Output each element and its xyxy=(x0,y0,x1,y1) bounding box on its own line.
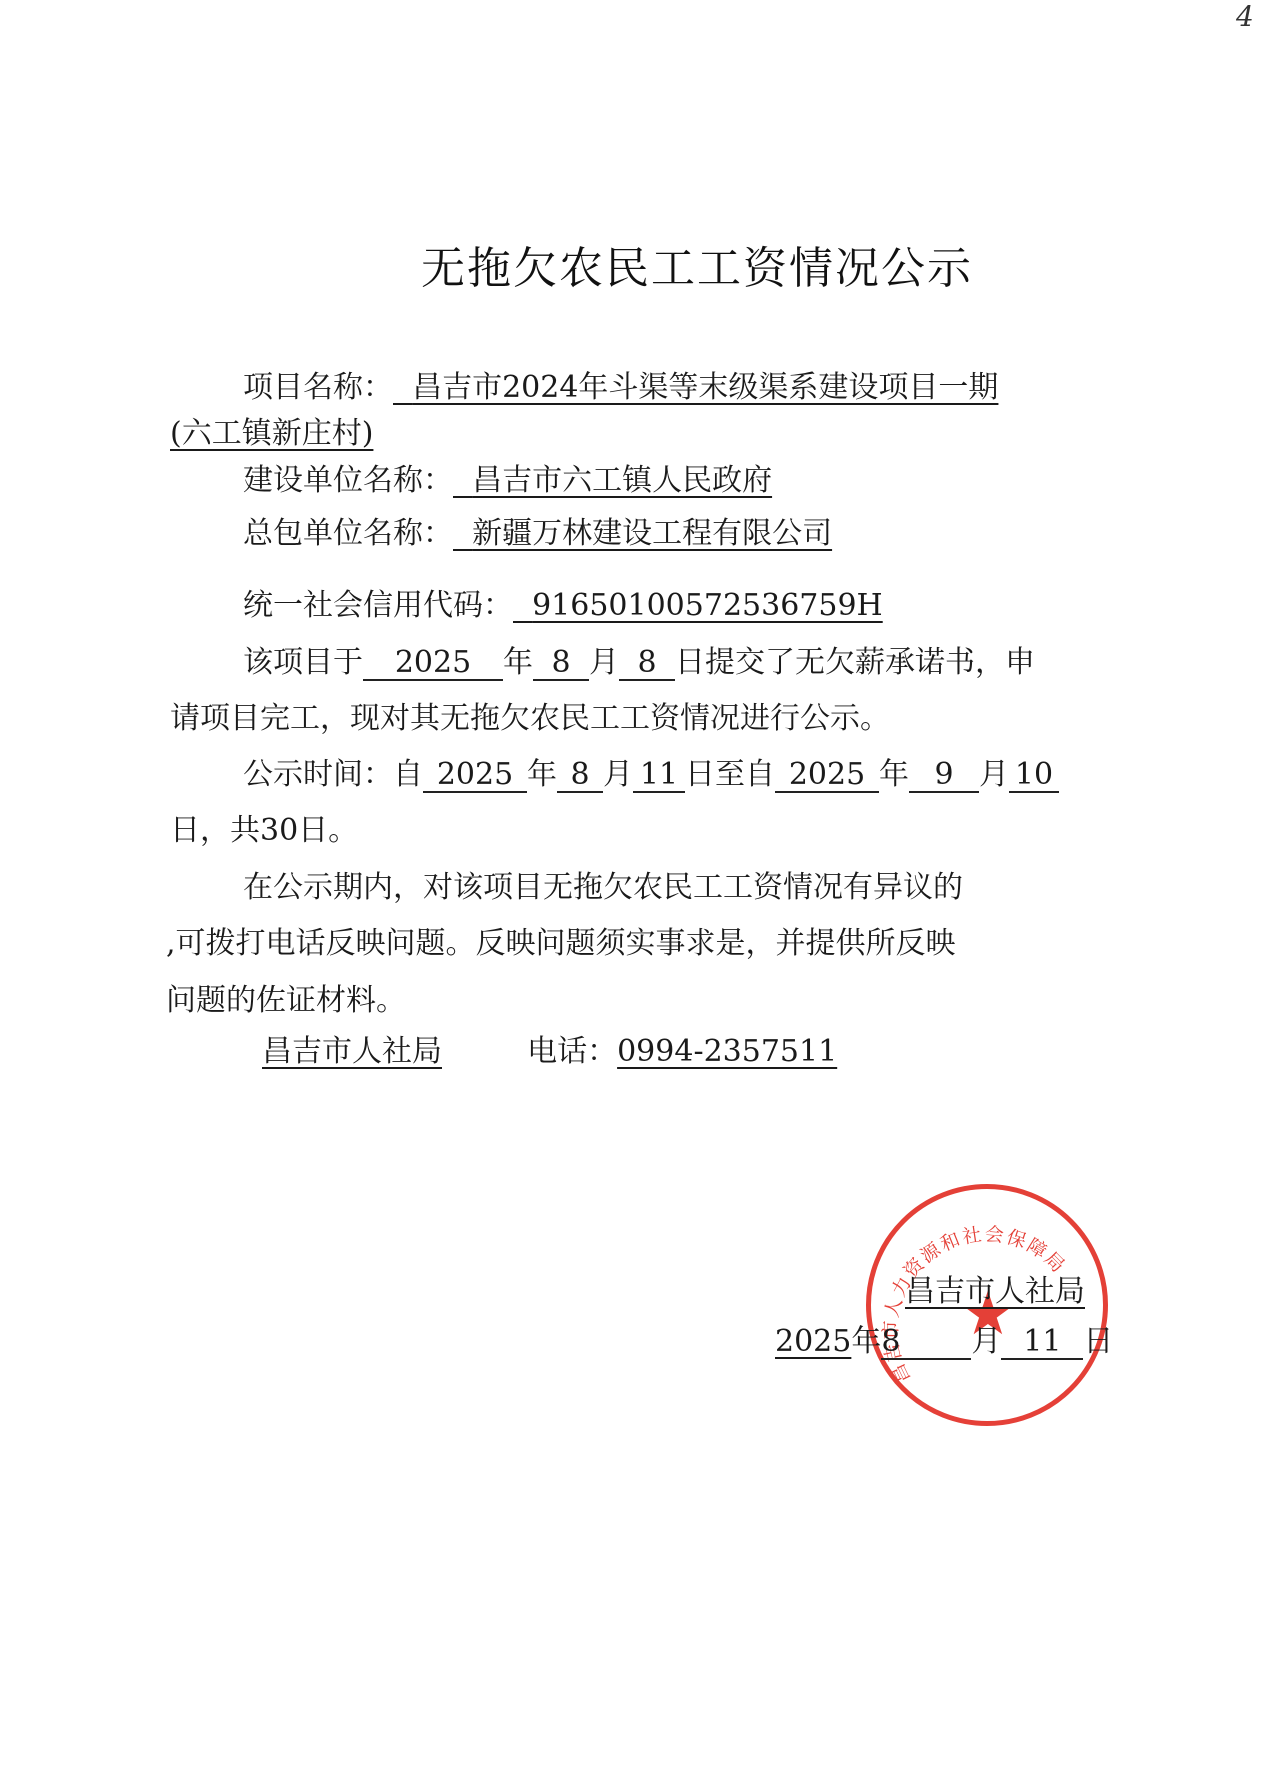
submission-row-2: 请项目完工，现对其无拖欠农民工工资情况进行公示。 xyxy=(170,693,890,737)
page-number: 4 xyxy=(1236,0,1254,33)
contact-row: 昌吉市人社局 电话：0994-2357511 xyxy=(262,1026,837,1070)
period-start-day: 11 xyxy=(633,758,685,793)
builder-row: 建设单位名称： 昌吉市六工镇人民政府 xyxy=(243,455,772,499)
contractor-row: 总包单位名称： 新疆万林建设工程有限公司 xyxy=(243,508,832,552)
document-title: 无拖欠农民工工资情况公示 xyxy=(0,232,1279,296)
project-name-row-2: (六工镇新庄村) xyxy=(170,408,373,452)
credit-code-value: 91650100572536759H xyxy=(513,588,883,623)
period-mid: 日至自 xyxy=(685,757,775,792)
signature-org: 昌吉市人社局 xyxy=(905,1266,1085,1310)
submission-day: 8 xyxy=(619,646,675,681)
period-end-year: 2025 xyxy=(775,758,879,793)
submission-suffix: 日提交了无欠薪承诺书，申 xyxy=(675,645,1035,680)
submission-month: 8 xyxy=(533,646,589,681)
project-name-label: 项目名称： xyxy=(243,370,393,405)
signature-month: 8 xyxy=(881,1325,971,1360)
month-unit: 月 xyxy=(979,757,1009,792)
contractor-label: 总包单位名称： xyxy=(243,516,453,551)
project-name-value: 昌吉市2024年斗渠等末级渠系建设项目一期 xyxy=(393,370,998,405)
phone-number[interactable]: 0994-2357511 xyxy=(617,1034,837,1069)
period-label: 公示时间：自 xyxy=(243,757,423,792)
submission-row: 该项目于2025年8月8日提交了无欠薪承诺书，申 xyxy=(243,637,1035,681)
submission-year: 2025 xyxy=(363,646,503,681)
year-unit: 年 xyxy=(503,645,533,680)
builder-label: 建设单位名称： xyxy=(243,463,453,498)
year-unit: 年 xyxy=(879,757,909,792)
signature-year: 2025 xyxy=(775,1324,851,1359)
year-unit: 年 xyxy=(851,1324,881,1359)
builder-value: 昌吉市六工镇人民政府 xyxy=(453,463,772,498)
month-unit: 月 xyxy=(603,757,633,792)
year-unit: 年 xyxy=(527,757,557,792)
notice-line-3: 问题的佐证材料。 xyxy=(166,975,406,1019)
period-start-year: 2025 xyxy=(423,758,527,793)
notice-line-1: 在公示期内，对该项目无拖欠农民工工资情况有异议的 xyxy=(243,862,963,906)
notice-line-2: ,可拨打电话反映问题。反映问题须实事求是，并提供所反映 xyxy=(166,918,956,962)
period-row: 公示时间：自2025年8月11日至自2025年9月10 xyxy=(243,749,1059,793)
period-start-month: 8 xyxy=(557,758,603,793)
period-row-2: 日，共30日。 xyxy=(170,805,358,849)
contact-org: 昌吉市人社局 xyxy=(262,1034,442,1069)
phone-label: 电话： xyxy=(527,1034,617,1069)
contractor-value: 新疆万林建设工程有限公司 xyxy=(453,516,832,551)
month-unit: 月 xyxy=(971,1324,1001,1359)
signature-date: 2025年8月11日 xyxy=(775,1316,1113,1360)
period-end-month: 9 xyxy=(909,758,979,793)
credit-code-label: 统一社会信用代码： xyxy=(243,588,513,623)
submission-prefix: 该项目于 xyxy=(243,645,363,680)
project-name-row: 项目名称： 昌吉市2024年斗渠等末级渠系建设项目一期 xyxy=(243,362,998,406)
signature-day: 11 xyxy=(1001,1325,1083,1360)
credit-code-row: 统一社会信用代码： 91650100572536759H xyxy=(243,580,883,624)
period-end-day: 10 xyxy=(1009,758,1059,793)
project-name-value-2: (六工镇新庄村) xyxy=(170,416,373,451)
day-unit: 日 xyxy=(1083,1324,1113,1359)
month-unit: 月 xyxy=(589,645,619,680)
title-text: 无拖欠农民工工资情况公示 xyxy=(421,243,973,294)
